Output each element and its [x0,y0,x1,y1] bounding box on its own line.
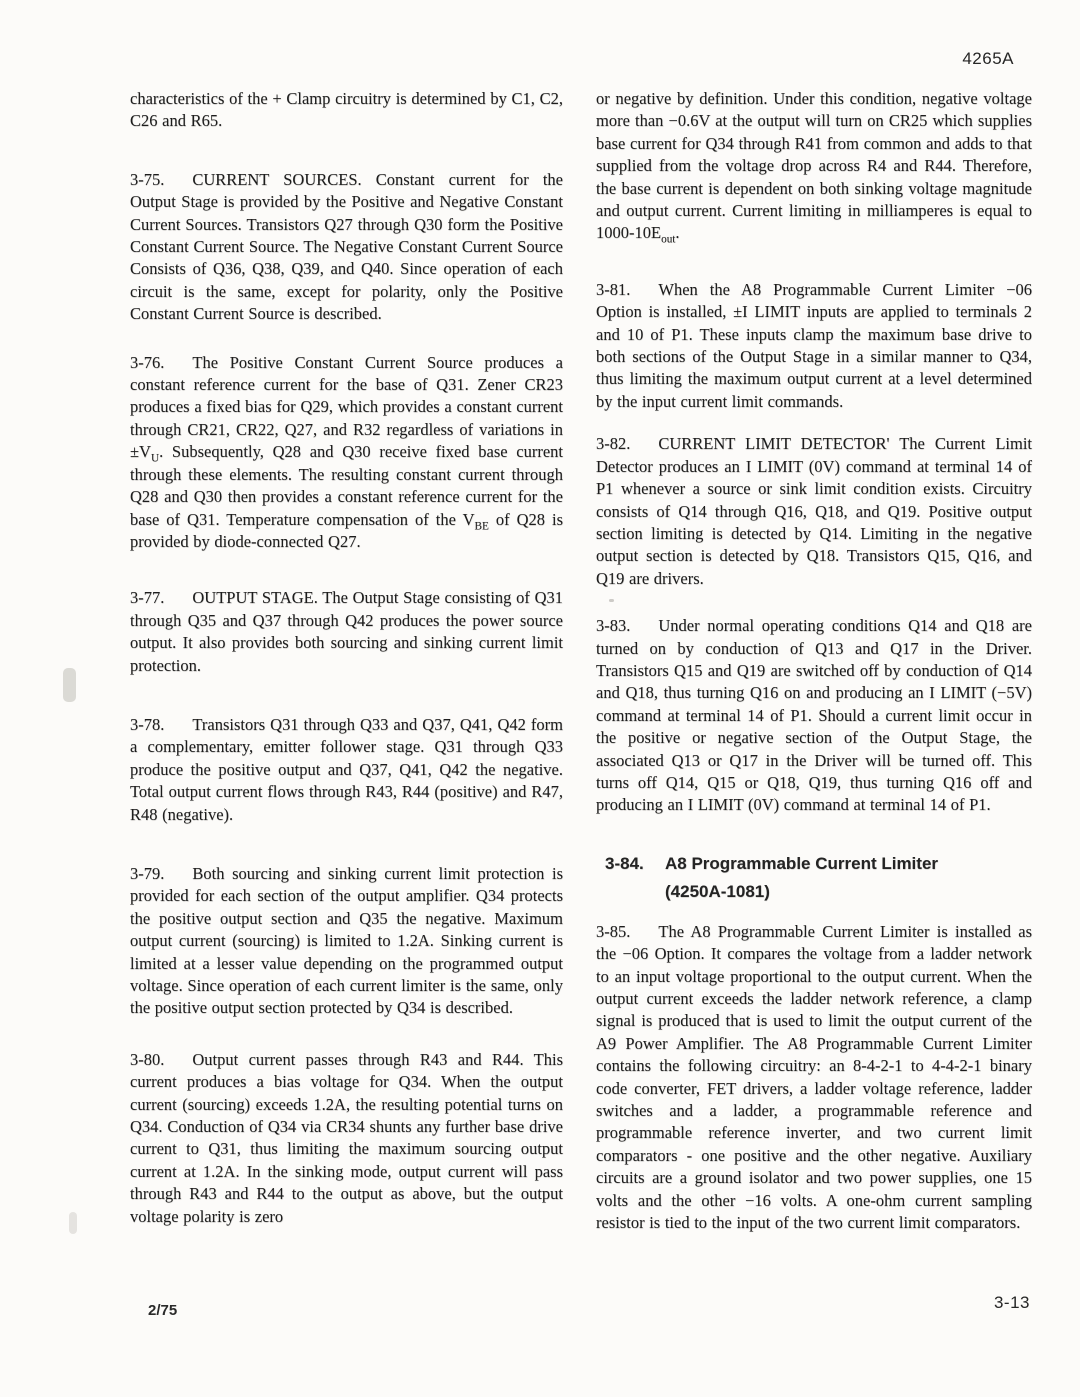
subscript: U [151,453,159,465]
paragraph-3-80: 3-80.Output current passes through R43 a… [130,1049,563,1228]
paragraph-number: 3-85. [596,922,630,941]
paragraph-3-79: 3-79.Both sourcing and sinking current l… [130,863,563,1020]
paragraph-number: 3-81. [596,280,630,299]
scan-artifact [69,1212,77,1234]
paragraph-3-83: 3-83.Under normal operating conditions Q… [596,615,1032,817]
paragraph-text: CURRENT LIMIT DETECTOR' The Current Limi… [596,434,1032,587]
paragraph-text: CURRENT SOURCES. Constant current for th… [130,170,563,323]
right-column: or negative by definition. Under this co… [596,88,1032,1234]
paragraph-3-76: 3-76.The Positive Constant Current Sourc… [130,352,563,554]
section-heading-number: 3-84. [605,850,644,878]
paragraph-3-75: 3-75.CURRENT SOURCES. Constant current f… [130,169,563,326]
subscript: out [661,234,675,246]
paragraph-3-77: 3-77.OUTPUT STAGE. The Output Stage cons… [130,587,563,677]
section-heading-title: A8 Programmable Current Limiter [665,850,1032,878]
paragraph-text: Under normal operating conditions Q14 an… [596,616,1032,814]
manual-page: 4265A characteristics of the + Clamp cir… [0,0,1080,1397]
paragraph-text: When the A8 Programmable Current Limiter… [596,280,1032,411]
page-date-footer: 2/75 [148,1302,177,1319]
paragraph-text: Transistors Q31 through Q33 and Q37, Q41… [130,715,563,824]
left-column: characteristics of the + Clamp circuitry… [130,88,563,1228]
paragraph-text: OUTPUT STAGE. The Output Stage consistin… [130,588,563,674]
paragraph-number: 3-82. [596,434,630,453]
paragraph-3-81: 3-81.When the A8 Programmable Current Li… [596,279,1032,413]
paragraph-text: . [675,223,679,242]
paragraph-3-85: 3-85.The A8 Programmable Current Limiter… [596,921,1032,1235]
paragraph-number: 3-78. [130,715,164,734]
subscript: BE [475,520,489,532]
paragraph-number: 3-80. [130,1050,164,1069]
paragraph-text: characteristics of the + Clamp circuitry… [130,89,563,130]
paragraph-text: Output current passes through R43 and R4… [130,1050,563,1226]
scan-artifact [63,668,76,702]
paragraph-3-82: 3-82.CURRENT LIMIT DETECTOR' The Current… [596,433,1032,590]
paragraph-number: 3-77. [130,588,164,607]
paragraph-number: 3-76. [130,353,164,372]
section-heading-subtitle: (4250A-1081) [665,878,1032,906]
section-heading-3-84: 3-84. A8 Programmable Current Limiter (4… [605,850,1032,906]
paragraph-text: Both sourcing and sinking current limit … [130,864,563,1017]
document-number: 4265A [962,49,1014,69]
paragraph-number: 3-75. [130,170,164,189]
paragraph-text: The A8 Programmable Current Limiter is i… [596,922,1032,1232]
paragraph-3-78: 3-78.Transistors Q31 through Q33 and Q37… [130,714,563,826]
paragraph-continuation: or negative by definition. Under this co… [596,88,1032,245]
paragraph-intro-continuation: characteristics of the + Clamp circuitry… [130,88,563,133]
paragraph-number: 3-83. [596,616,630,635]
page-number-footer: 3-13 [994,1293,1030,1313]
paragraph-number: 3-79. [130,864,164,883]
paragraph-text: or negative by definition. Under this co… [596,89,1032,242]
